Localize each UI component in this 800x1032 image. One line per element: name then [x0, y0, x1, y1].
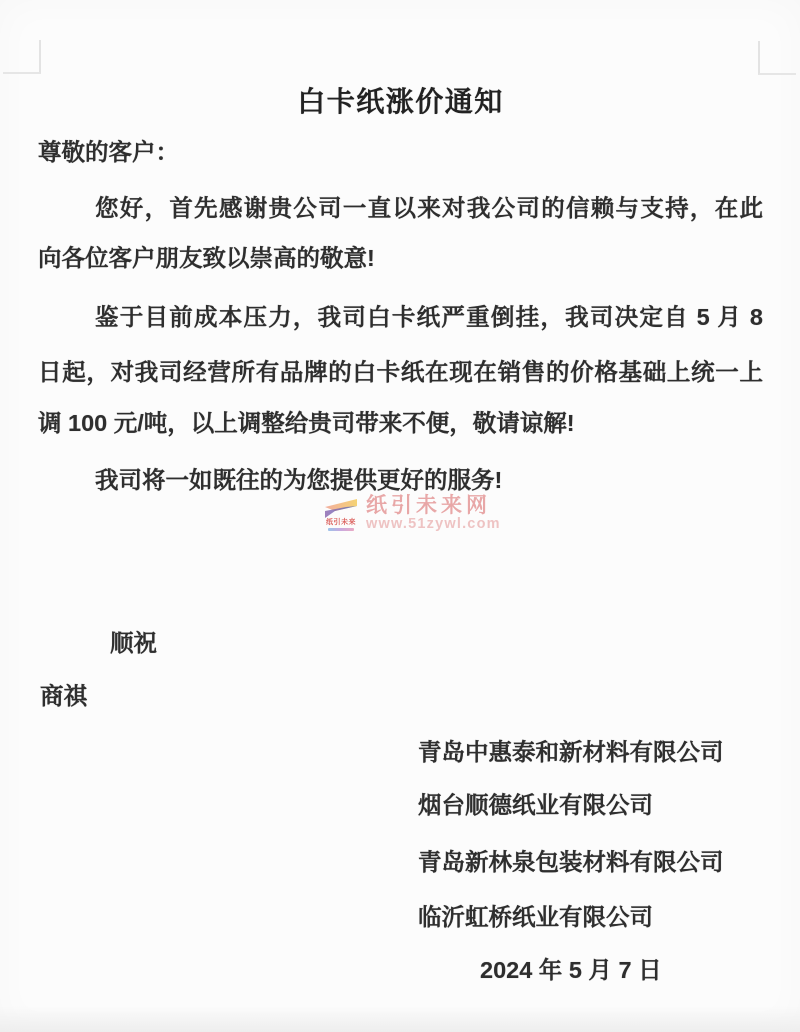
watermark-z-logo-icon: 纸引未来: [321, 498, 361, 531]
watermark-site-name: 纸引未来网: [366, 495, 501, 517]
body-line-2: 向各位客户朋友致以崇高的敬意!: [38, 243, 375, 274]
document-title: 白卡纸涨价通知: [38, 80, 763, 120]
signature-company-1: 青岛中惠泰和新材料有限公司: [418, 737, 724, 768]
site-watermark: 纸引未来 纸引未来网 www.51zywl.com: [321, 495, 501, 532]
page-corner-mark-top-right: [758, 41, 796, 75]
signature-company-2: 烟台顺德纸业有限公司: [418, 790, 653, 821]
document-date: 2024 年 5 月 7 日: [480, 955, 662, 986]
body-line-1: 您好，首先感谢贵公司一直以来对我公司的信赖与支持，在此: [38, 193, 763, 224]
watermark-logo-caption: 纸引未来: [326, 519, 356, 527]
body-line-4: 日起，对我司经营所有品牌的白卡纸在现在销售的价格基础上统一上: [38, 357, 763, 388]
watermark-site-url: www.51zywl.com: [366, 517, 501, 532]
watermark-text-block: 纸引未来网 www.51zywl.com: [366, 495, 501, 532]
watermark-logo-microtext-bar: [328, 528, 354, 531]
body-line-6: 我司将一如既往的为您提供更好的服务!: [38, 465, 502, 496]
document-page: 白卡纸涨价通知 尊敬的客户： 您好，首先感谢贵公司一直以来对我公司的信赖与支持，…: [0, 0, 800, 1032]
closing-shunzhu: 顺祝: [110, 628, 157, 659]
greeting-line: 尊敬的客户：: [38, 137, 179, 168]
body-line-3: 鉴于目前成本压力，我司白卡纸严重倒挂，我司决定自 5 月 8: [38, 302, 763, 333]
signature-company-3: 青岛新林泉包装材料有限公司: [418, 847, 724, 878]
page-corner-mark-top-left: [3, 40, 41, 74]
scan-bottom-shadow: [0, 1006, 800, 1032]
signature-company-4: 临沂虹桥纸业有限公司: [418, 902, 653, 933]
body-line-5: 调 100 元/吨，以上调整给贵司带来不便，敬请谅解!: [38, 408, 575, 439]
closing-shangqi: 商祺: [40, 681, 87, 712]
